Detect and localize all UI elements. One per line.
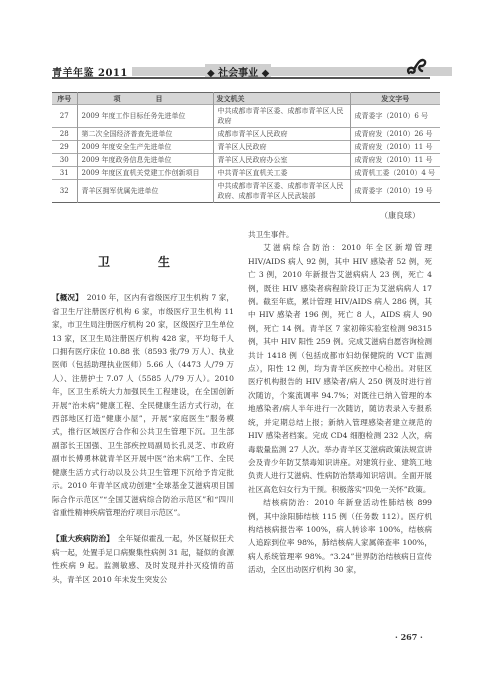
paragraph-aids: 艾滋病综合防治：2010 年全区新增管理 HIV/AIDS 病人 92 例，其中… — [248, 241, 432, 496]
header-bar — [112, 67, 452, 76]
cell-org: 中共青羊区直机关工委 — [213, 167, 350, 180]
swirl-ornament-icon — [405, 57, 427, 77]
paragraph-tuberculosis: 结核病防治：2010 年新登活动性肺结核 899 例，其中涂阳肺结核 115 例… — [248, 496, 432, 576]
cell-item: 2009 年度区直机关党建工作创新项目 — [77, 167, 213, 180]
column-header-doc: 发文字号 — [350, 93, 440, 105]
cell-no: 28 — [52, 128, 77, 141]
cell-doc: 成青机工委（2010）4 号 — [350, 167, 440, 180]
table-row: 32 青羊区拥军优属先进单位 中共成都市青羊区委、成都市青羊区人民政府、成都市青… — [52, 180, 440, 203]
column-header-no: 序号 — [52, 93, 77, 105]
cell-item: 第二次全国经济普查先进单位 — [77, 128, 213, 141]
cell-no: 29 — [52, 141, 77, 154]
column-header-org: 发文机关 — [213, 93, 350, 105]
cell-org: 中共成都市青羊区委、成都市青羊区人民政府 — [213, 105, 350, 128]
cell-no: 30 — [52, 154, 77, 167]
paragraph-overview: 【概况】 2010 年，区内有省级医疗卫生机构 7 家，省卫生厅注册医疗机构 6… — [52, 291, 234, 519]
cell-no: 32 — [52, 180, 77, 203]
paragraph-heading: 【重大疾病防治】 — [52, 534, 110, 543]
cell-org: 成都市青羊区人民政府 — [213, 128, 350, 141]
author-credit: （康良球） — [380, 210, 420, 221]
table-header-row: 序号 项 目 发文机关 发文字号 — [52, 93, 440, 105]
awards-table: 序号 项 目 发文机关 发文字号 27 2009 年度工作目标任务先进单位 中共… — [52, 92, 440, 203]
cell-item: 2009 年度安全生产先进单位 — [77, 141, 213, 154]
column-header-item: 项 目 — [77, 93, 213, 105]
cell-doc: 成青委字（2010）19 号 — [350, 180, 440, 203]
cell-item: 2009 年度政务信息先进单位 — [77, 154, 213, 167]
paragraph-heading: 【概况】 — [52, 293, 79, 302]
right-column: 共卫生事件。 艾滋病综合防治：2010 年全区新增管理 HIV/AIDS 病人 … — [248, 228, 432, 577]
cell-item: 2009 年度工作目标任务先进单位 — [77, 105, 213, 128]
cell-org: 中共成都市青羊区委、成都市青羊区人民政府、成都市青羊区人民武装部 — [213, 180, 350, 203]
section-title: 卫 生 — [52, 256, 234, 269]
paragraph-major-disease: 【重大疾病防治】 全年疑似霍乱一起，外区疑似狂犬病一起，处置手足口病聚集性病例 … — [52, 532, 234, 586]
table-row: 30 2009 年度政务信息先进单位 青羊区人民政府办公室 成青府发（2010）… — [52, 154, 440, 167]
cell-org: 青羊区人民政府办公室 — [213, 154, 350, 167]
running-header: 青羊年鉴 2011 ◆ 社会事业 ◆ — [52, 64, 430, 78]
table-row: 28 第二次全国经济普查先进单位 成都市青羊区人民政府 成青府发（2010）26… — [52, 128, 440, 141]
table-row: 31 2009 年度区直机关党建工作创新项目 中共青羊区直机关工委 成青机工委（… — [52, 167, 440, 180]
header-rule — [52, 77, 430, 79]
cell-doc: 成青府发（2010）11 号 — [350, 154, 440, 167]
cell-doc: 成青委字（2010）6 号 — [350, 105, 440, 128]
cell-org: 青羊区人民政府 — [213, 141, 350, 154]
paragraph-text: 2010 年，区内有省级医疗卫生机构 7 家，省卫生厅注册医疗机构 6 家，市级… — [52, 293, 234, 517]
cell-no: 27 — [52, 105, 77, 128]
cell-doc: 成青府发（2010）26 号 — [350, 128, 440, 141]
page-number: · 267 · — [395, 632, 423, 642]
cell-doc: 成青府发（2010）11 号 — [350, 141, 440, 154]
table-row: 27 2009 年度工作目标任务先进单位 中共成都市青羊区委、成都市青羊区人民政… — [52, 105, 440, 128]
left-column: 卫 生 【概况】 2010 年，区内有省级医疗卫生机构 7 家，省卫生厅注册医疗… — [52, 242, 234, 586]
cell-item: 青羊区拥军优属先进单位 — [77, 180, 213, 203]
cell-no: 31 — [52, 167, 77, 180]
paragraph-continuation: 共卫生事件。 — [248, 228, 432, 241]
table-row: 29 2009 年度安全生产先进单位 青羊区人民政府 成青府发（2010）11 … — [52, 141, 440, 154]
